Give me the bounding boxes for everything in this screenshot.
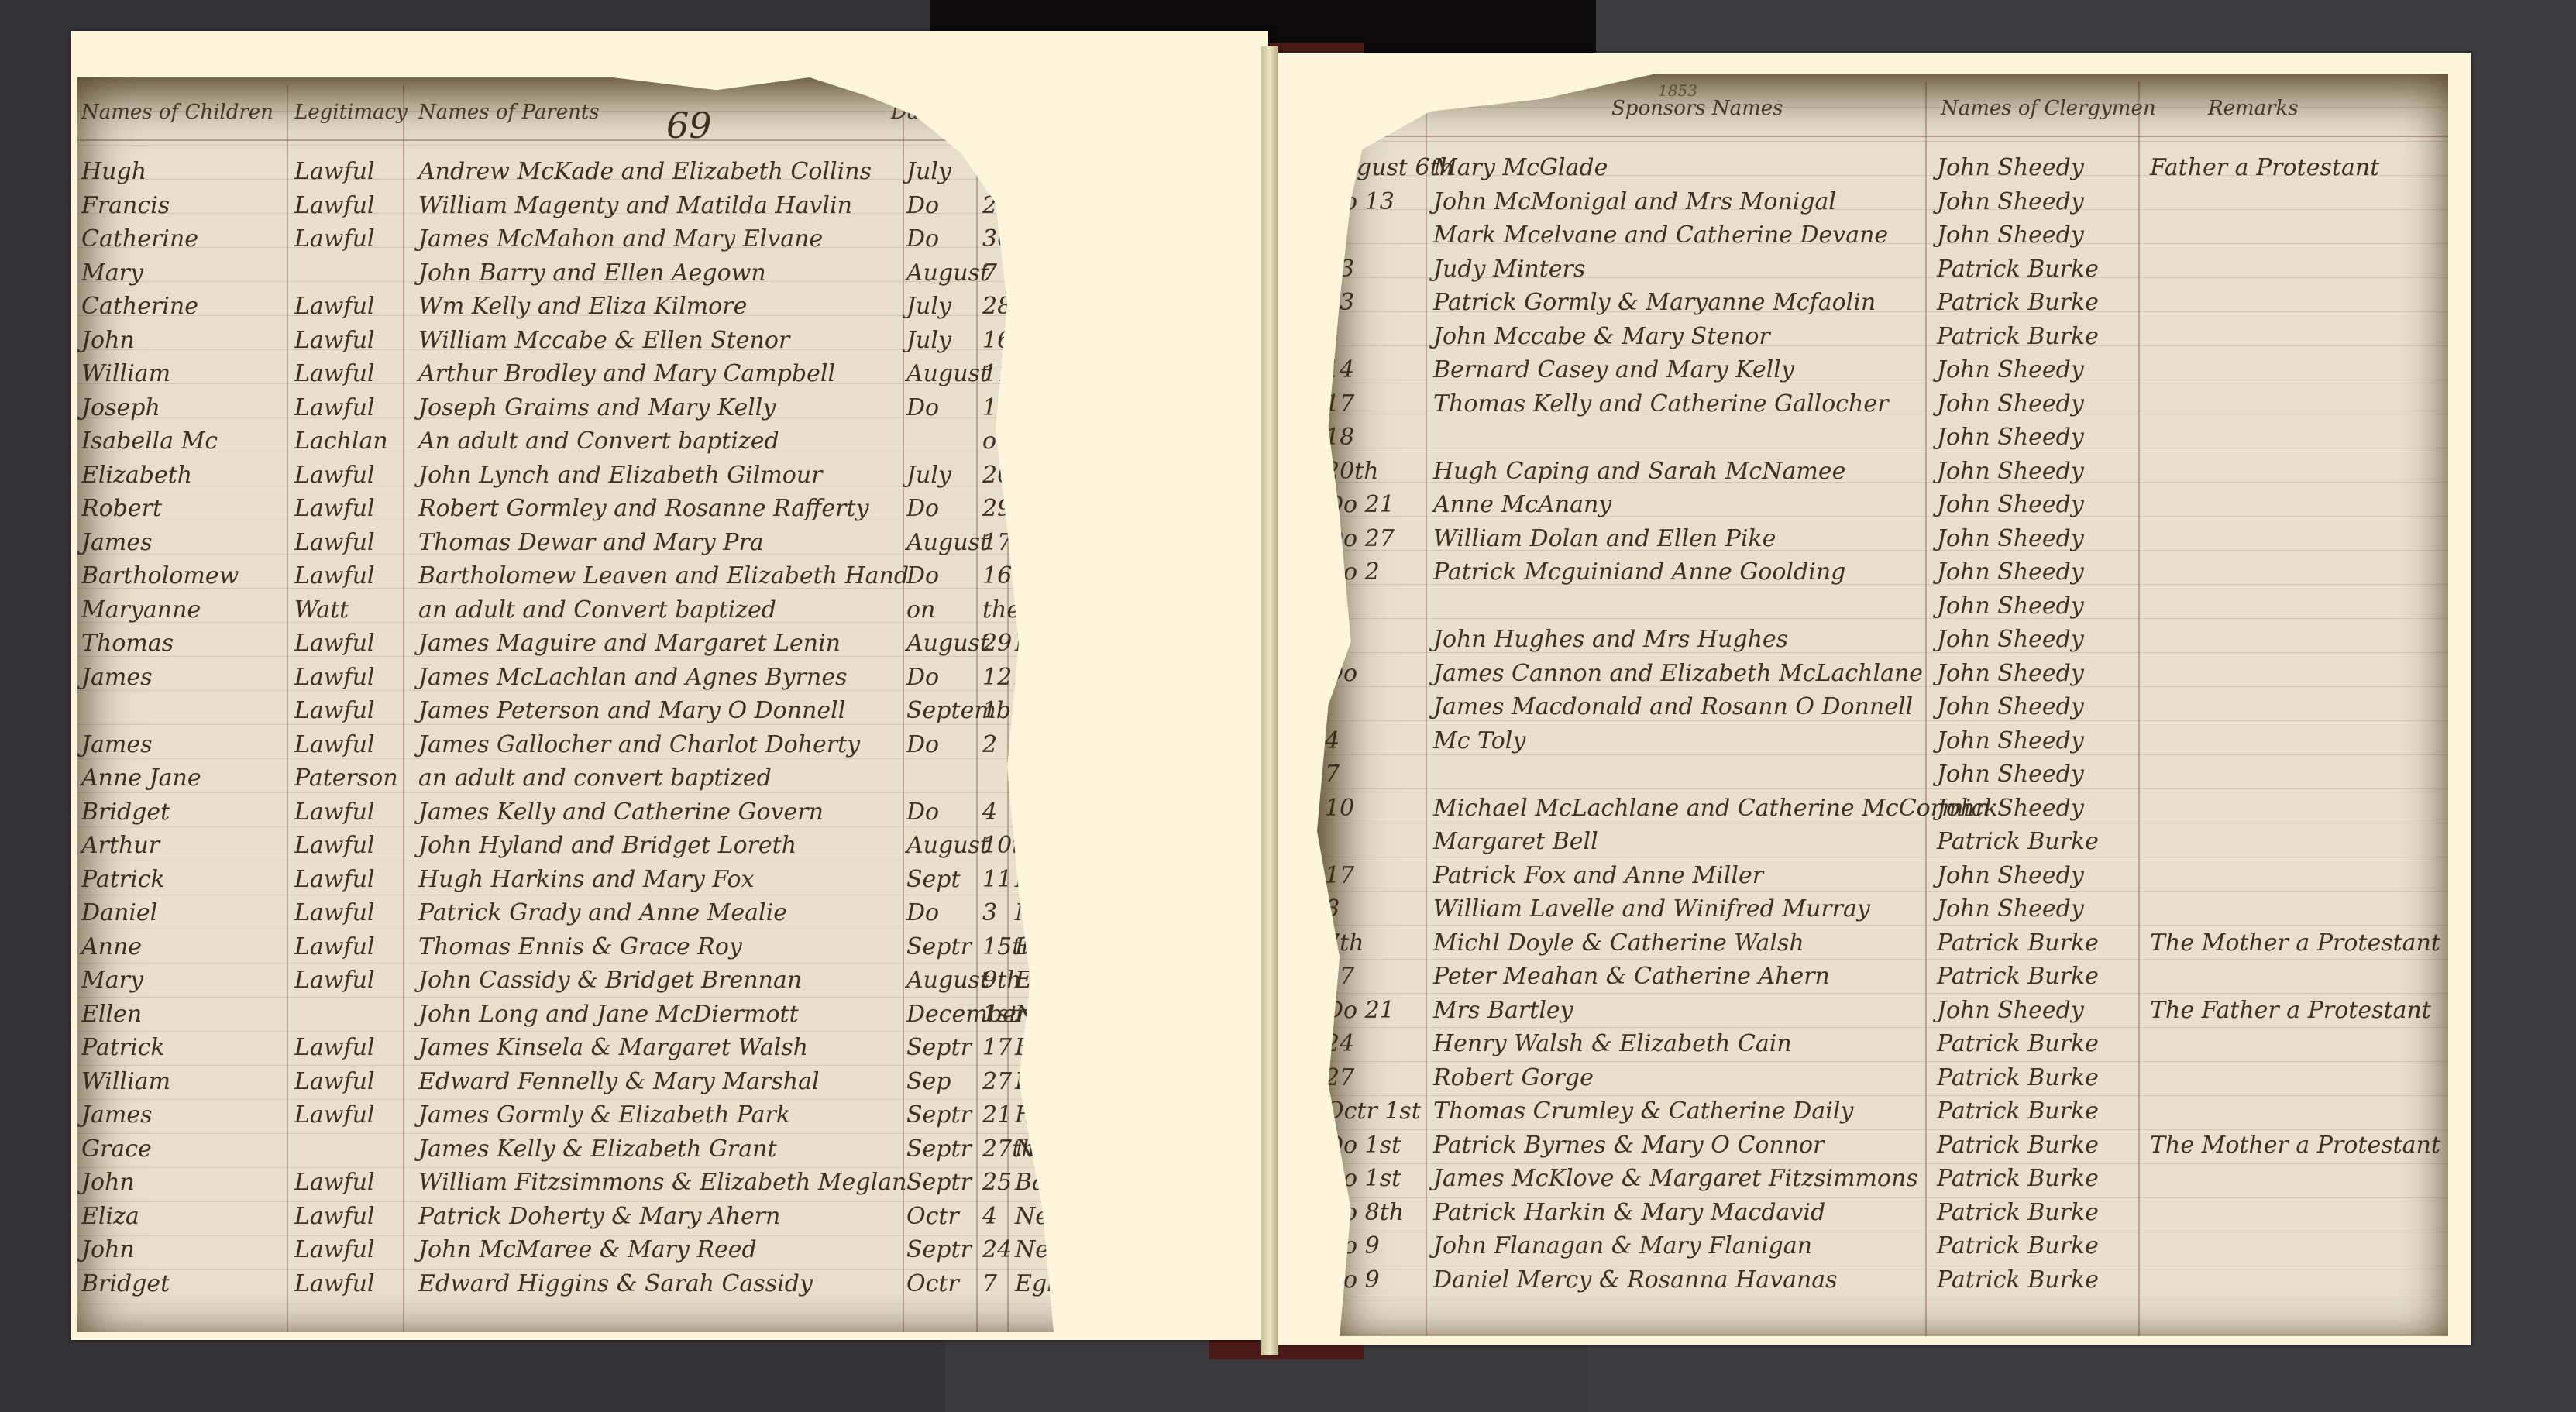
birth-month: August	[906, 832, 989, 859]
parents-names: James Peterson and Mary O Donnell	[418, 697, 845, 724]
clergyman-name: Patrick Burke	[1937, 256, 2099, 283]
child-name: Bridget	[81, 799, 170, 826]
birth-month: Do	[906, 899, 939, 926]
right-register-rows: August 6thMary McGladeJohn SheedyFather …	[1317, 151, 2448, 1297]
header-sponsors: Sponsors Names	[1611, 97, 1783, 120]
sponsors-names: Anne McAnany	[1433, 491, 1611, 518]
birth-month: July	[906, 158, 951, 185]
sponsors-names: John Flanagan & Mary Flanigan	[1433, 1232, 1812, 1259]
child-name: Bartholomew	[81, 562, 239, 589]
child-name: John	[81, 1236, 135, 1263]
legitimacy: Lawful	[294, 967, 375, 994]
legitimacy: Lawful	[294, 899, 375, 926]
birth-day: 1	[982, 697, 997, 724]
birth-day: 2	[982, 731, 997, 758]
register-row: 18John Sheedy	[1317, 421, 2448, 455]
clergyman-name: John Sheedy	[1937, 222, 2084, 249]
clergyman-name: John Sheedy	[1937, 558, 2084, 586]
child-name: Catherine	[81, 225, 198, 253]
parents-names: John Hyland and Bridget Loreth	[418, 832, 796, 859]
baptism-date: 7	[1325, 761, 1340, 788]
legitimacy: Lawful	[294, 462, 375, 489]
clergyman-name: John Sheedy	[1937, 660, 2084, 687]
clergyman-name: Patrick Burke	[1937, 828, 2099, 855]
child-name: Hugh	[81, 158, 146, 185]
birth-month: Septr	[906, 1034, 972, 1061]
register-row: 17Thomas Kelly and Catherine GallocherJo…	[1317, 387, 2448, 421]
birth-day: 27	[982, 1068, 1012, 1095]
register-row: Do 21Anne McAnanyJohn Sheedy	[1317, 488, 2448, 522]
parents-names: John Cassidy & Bridget Brennan	[418, 967, 802, 994]
birth-day: 4	[982, 1203, 997, 1230]
sponsors-names: James McKlove & Margaret Fitzsimmons	[1433, 1165, 1918, 1192]
register-row: Octr 1stThomas Crumley & Catherine Daily…	[1317, 1094, 2448, 1129]
legitimacy: Lawful	[294, 529, 375, 556]
register-row: DoJames Cannon and Elizabeth McLachlaneJ…	[1317, 657, 2448, 691]
sponsors-names: Michl Doyle & Catherine Walsh	[1433, 929, 1804, 957]
parents-names: An adult and Convert baptized	[418, 428, 779, 455]
sponsors-names: John Hughes and Mrs Hughes	[1433, 626, 1788, 653]
register-row: Do 1stJames McKlove & Margaret Fitzsimmo…	[1317, 1162, 2448, 1196]
birth-month: August	[906, 360, 989, 387]
sponsors-names: Mc Toly	[1433, 727, 1525, 754]
birth-month: August	[906, 967, 989, 994]
register-row: August 6thMary McGladeJohn SheedyFather …	[1317, 151, 2448, 185]
parents-names: an adult and convert baptized	[418, 764, 772, 792]
register-row: 17Peter Meahan & Catherine AhernPatrick …	[1317, 960, 2448, 994]
legitimacy: Paterson	[294, 764, 398, 792]
register-row: Do 8thPatrick Harkin & Mary MacdavidPatr…	[1317, 1196, 2448, 1230]
register-row: 27Robert GorgePatrick Burke	[1317, 1061, 2448, 1095]
legitimacy: Lawful	[294, 866, 375, 893]
parents-names: Andrew McKade and Elizabeth Collins	[418, 158, 872, 185]
child-name: Anne	[81, 933, 142, 960]
parents-names: Patrick Doherty & Mary Ahern	[418, 1203, 780, 1230]
sponsors-names: Hugh Caping and Sarah McNamee	[1433, 458, 1845, 485]
legitimacy: Lawful	[294, 562, 375, 589]
child-name: Daniel	[81, 899, 157, 926]
baptism-date: 10	[1325, 795, 1354, 822]
right-page: 1853 Baptism Sponsors Names Names of Cle…	[1317, 74, 2448, 1336]
parents-names: Hugh Harkins and Mary Fox	[418, 866, 755, 893]
clergyman-name: Patrick Burke	[1937, 1064, 2099, 1091]
child-name: Thomas	[81, 630, 174, 657]
legitimacy: Lawful	[294, 1101, 375, 1129]
clergyman-name: John Sheedy	[1937, 424, 2084, 451]
register-row: John Mccabe & Mary StenorPatrick Burke	[1317, 320, 2448, 354]
birth-month: on	[906, 596, 935, 624]
child-name: James	[81, 1101, 153, 1129]
baptism-date: 4	[1325, 727, 1340, 754]
child-name: Patrick	[81, 866, 165, 893]
birth-month: Do	[906, 192, 939, 219]
clergyman-name: Patrick Burke	[1937, 323, 2099, 350]
clergyman-name: John Sheedy	[1937, 458, 2084, 485]
birth-day: 24	[982, 1236, 1012, 1263]
book-gutter	[1261, 46, 1278, 1355]
clergyman-name: Patrick Burke	[1937, 1232, 2099, 1259]
birth-month: Septr	[906, 1135, 972, 1163]
birth-month: Do	[906, 495, 939, 522]
parents-names: Wm Kelly and Eliza Kilmore	[418, 293, 747, 320]
child-name: Maryanne	[81, 596, 201, 624]
child-name: John	[81, 1169, 135, 1196]
child-name: Catherine	[81, 293, 198, 320]
register-row: Do 21Mrs BartleyJohn SheedyThe Father a …	[1317, 994, 2448, 1028]
legitimacy: Watt	[294, 596, 349, 624]
birth-month: Do	[906, 394, 939, 421]
sponsors-names: Patrick Byrnes & Mary O Connor	[1433, 1132, 1824, 1159]
clergyman-name: John Sheedy	[1937, 593, 2084, 620]
legitimacy: Lawful	[294, 1068, 375, 1095]
legitimacy: Lawful	[294, 158, 375, 185]
sponsors-names: Patrick Gormly & Maryanne Mcfaolin	[1433, 289, 1876, 316]
birth-month: Do	[906, 664, 939, 691]
birth-month: Do	[906, 731, 939, 758]
legitimacy: Lawful	[294, 697, 375, 724]
birth-day: 4	[982, 799, 997, 826]
legitimacy: Lawful	[294, 1169, 375, 1196]
clergyman-name: Patrick Burke	[1937, 289, 2099, 316]
register-row: Do 9John Flanagan & Mary FlaniganPatrick…	[1317, 1229, 2448, 1263]
clergyman-name: John Sheedy	[1937, 795, 2084, 822]
birth-month: August	[906, 259, 989, 287]
clergyman-name: John Sheedy	[1937, 626, 2084, 653]
parents-names: James Kelly and Catherine Govern	[418, 799, 824, 826]
clergyman-name: John Sheedy	[1937, 356, 2084, 383]
sponsors-names: Bernard Casey and Mary Kelly	[1433, 356, 1794, 383]
child-name: William	[81, 360, 170, 387]
clergyman-name: John Sheedy	[1937, 862, 2084, 889]
register-row: Do 9Daniel Mercy & Rosanna HavanasPatric…	[1317, 1263, 2448, 1297]
sponsors-names: James Cannon and Elizabeth McLachlane	[1433, 660, 1923, 687]
birth-day: 25	[982, 1169, 1012, 1196]
parents-names: John Barry and Ellen Aegown	[418, 259, 766, 287]
sponsors-names: Mrs Bartley	[1433, 997, 1573, 1024]
parents-names: Thomas Ennis & Grace Roy	[418, 933, 742, 960]
child-name: Arthur	[81, 832, 160, 859]
remarks: Father a Protestant	[2150, 154, 2379, 181]
clergyman-name: Patrick Burke	[1937, 1030, 2099, 1057]
parents-names: Robert Gormley and Rosanne Rafferty	[418, 495, 869, 522]
baptism-date: 17	[1325, 862, 1354, 889]
child-name: Patrick	[81, 1034, 165, 1061]
legitimacy: Lawful	[294, 630, 375, 657]
sponsors-names: Patrick Mcguiniand Anne Goolding	[1433, 558, 1845, 586]
child-name: Mary	[81, 967, 143, 994]
legitimacy: Lawful	[294, 1270, 375, 1297]
legitimacy: Lachlan	[294, 428, 388, 455]
sponsors-names: Michael McLachlane and Catherine McCormi…	[1433, 795, 1998, 822]
birth-month: Septr	[906, 933, 972, 960]
register-row: 20thHugh Caping and Sarah McNameeJohn Sh…	[1317, 455, 2448, 489]
register-row: 14Bernard Casey and Mary KellyJohn Sheed…	[1317, 353, 2448, 387]
child-name: Ellen	[81, 1001, 142, 1028]
birth-day: 16	[982, 562, 1012, 589]
register-row: 10Michael McLachlane and Catherine McCor…	[1317, 792, 2448, 826]
register-row: 17Patrick Fox and Anne MillerJohn Sheedy	[1317, 859, 2448, 893]
birth-day: 29	[982, 630, 1012, 657]
child-name: Francis	[81, 192, 170, 219]
parents-names: William Mccabe & Ellen Stenor	[418, 327, 789, 354]
clergyman-name: John Sheedy	[1937, 491, 2084, 518]
birth-month: Do	[906, 799, 939, 826]
register-row: 7John Sheedy	[1317, 758, 2448, 792]
page-number: 69	[666, 105, 712, 146]
register-row: Do 27William Dolan and Ellen PikeJohn Sh…	[1317, 522, 2448, 556]
parents-names: John Long and Jane McDiermott	[418, 1001, 799, 1028]
legitimacy: Lawful	[294, 832, 375, 859]
remarks: The Mother a Protestant	[2150, 1132, 2440, 1159]
child-name: James	[81, 731, 153, 758]
clergyman-name: Patrick Burke	[1937, 1132, 2099, 1159]
birth-month: July	[906, 293, 951, 320]
parents-names: an adult and Convert baptized	[418, 596, 776, 624]
clergyman-name: John Sheedy	[1937, 693, 2084, 720]
parents-names: Edward Higgins & Sarah Cassidy	[418, 1270, 813, 1297]
birth-month: Sept	[906, 866, 961, 893]
birth-month: August	[906, 529, 989, 556]
sponsors-names: William Lavelle and Winifred Murray	[1433, 895, 1870, 922]
birth-month: August	[906, 630, 989, 657]
birth-day: 11	[982, 866, 1012, 893]
child-name: Bridget	[81, 1270, 170, 1297]
parents-names: James McLachlan and Agnes Byrnes	[418, 664, 847, 691]
sponsors-names: Margaret Bell	[1433, 828, 1598, 855]
child-name: James	[81, 529, 153, 556]
header-clergymen: Names of Clergymen	[1941, 97, 2156, 120]
child-name: Mary	[81, 259, 143, 287]
register-row: 4Mc TolyJohn Sheedy	[1317, 724, 2448, 758]
register-row: Do 2Patrick Mcguiniand Anne GooldingJohn…	[1317, 555, 2448, 589]
sponsors-names: Henry Walsh & Elizabeth Cain	[1433, 1030, 1792, 1057]
register-row: 13Judy MintersPatrick Burke	[1317, 253, 2448, 287]
parents-names: James Gallocher and Charlot Doherty	[418, 731, 860, 758]
birth-day: 17	[982, 529, 1012, 556]
parents-names: William Magenty and Matilda Havlin	[418, 192, 852, 219]
child-name: Elizabeth	[81, 462, 192, 489]
parents-names: James Maguire and Margaret Lenin	[418, 630, 841, 657]
legitimacy: Lawful	[294, 225, 375, 253]
child-name: Anne Jane	[81, 764, 201, 792]
birth-day: 7	[982, 1270, 997, 1297]
parents-names: James Kinsela & Margaret Walsh	[418, 1034, 808, 1061]
birth-day: 7	[982, 259, 997, 287]
sponsors-names: Robert Gorge	[1433, 1064, 1594, 1091]
child-name: Grace	[81, 1135, 152, 1163]
child-name: John	[81, 327, 135, 354]
legitimacy: Lawful	[294, 293, 375, 320]
legitimacy: Lawful	[294, 1034, 375, 1061]
register-row: Do 13John McMonigal and Mrs MonigalJohn …	[1317, 185, 2448, 219]
birth-month: Do	[906, 225, 939, 253]
parents-names: John Lynch and Elizabeth Gilmour	[418, 462, 823, 489]
register-row: 3John Hughes and Mrs HughesJohn Sheedy	[1317, 623, 2448, 657]
register-row: 8William Lavelle and Winifred MurrayJohn…	[1317, 892, 2448, 926]
clergyman-name: John Sheedy	[1937, 188, 2084, 215]
register-row: James Macdonald and Rosann O DonnellJohn…	[1317, 690, 2448, 724]
parents-names: Bartholomew Leaven and Elizabeth Hand	[418, 562, 909, 589]
legitimacy: Lawful	[294, 1236, 375, 1263]
clergyman-name: John Sheedy	[1937, 525, 2084, 552]
parents-names: James McMahon and Mary Elvane	[418, 225, 823, 253]
parents-names: Joseph Graims and Mary Kelly	[418, 394, 776, 421]
birth-month: July	[906, 462, 951, 489]
remarks: The Mother a Protestant	[2150, 929, 2440, 957]
parents-names: Edward Fennelly & Mary Marshal	[418, 1068, 820, 1095]
child-name: James	[81, 664, 153, 691]
register-row: John Sheedy	[1317, 589, 2448, 624]
sponsors-names: Patrick Fox and Anne Miller	[1433, 862, 1763, 889]
header-legitimacy: Legitimacy	[294, 101, 408, 124]
child-name: Robert	[81, 495, 162, 522]
parents-names: James Kelly & Elizabeth Grant	[418, 1135, 777, 1163]
birth-day: 12	[982, 664, 1012, 691]
sponsors-names: Judy Minters	[1433, 256, 1585, 283]
parents-names: John McMaree & Mary Reed	[418, 1236, 757, 1263]
clergyman-name: Patrick Burke	[1937, 1165, 2099, 1192]
clergyman-name: Patrick Burke	[1937, 1266, 2099, 1293]
sponsors-names: Mark Mcelvane and Catherine Devane	[1433, 222, 1888, 249]
clergyman-name: John Sheedy	[1937, 390, 2084, 417]
clergyman-name: John Sheedy	[1937, 154, 2084, 181]
clergyman-name: John Sheedy	[1937, 895, 2084, 922]
parents-names: James Gormly & Elizabeth Park	[418, 1101, 790, 1129]
register-row: 24Henry Walsh & Elizabeth CainPatrick Bu…	[1317, 1027, 2448, 1061]
clergyman-name: Patrick Burke	[1937, 1199, 2099, 1226]
baptism-date: Octr 1st	[1325, 1098, 1421, 1125]
birth-month: Septr	[906, 1101, 972, 1129]
sponsors-names: Daniel Mercy & Rosanna Havanas	[1433, 1266, 1838, 1293]
sponsors-names: Thomas Crumley & Catherine Daily	[1433, 1098, 1853, 1125]
legitimacy: Lawful	[294, 495, 375, 522]
birth-month: Septr	[906, 1236, 972, 1263]
legitimacy: Lawful	[294, 360, 375, 387]
child-name: Joseph	[81, 394, 160, 421]
sponsors-names: Peter Meahan & Catherine Ahern	[1433, 963, 1830, 990]
birth-month: July	[906, 327, 951, 354]
clergyman-name: John Sheedy	[1937, 727, 2084, 754]
header-remarks: Remarks	[2208, 97, 2299, 120]
clergyman-name: John Sheedy	[1937, 997, 2084, 1024]
legitimacy: Lawful	[294, 1203, 375, 1230]
remarks: The Father a Protestant	[2150, 997, 2431, 1024]
legitimacy: Lawful	[294, 394, 375, 421]
clergyman-name: Patrick Burke	[1937, 1098, 2099, 1125]
clergyman-name: John Sheedy	[1937, 761, 2084, 788]
header-parents: Names of Parents	[418, 101, 600, 124]
sponsors-names: William Dolan and Ellen Pike	[1433, 525, 1776, 552]
birth-month: Septr	[906, 1169, 972, 1196]
birth-day: 17	[982, 1034, 1012, 1061]
sponsors-names: John Mccabe & Mary Stenor	[1433, 323, 1770, 350]
birth-month: Octr	[906, 1270, 959, 1297]
parents-names: Thomas Dewar and Mary Pra	[418, 529, 764, 556]
legitimacy: Lawful	[294, 933, 375, 960]
birth-month: Do	[906, 562, 939, 589]
register-row: Margaret BellPatrick Burke	[1317, 825, 2448, 859]
sponsors-names: Patrick Harkin & Mary Macdavid	[1433, 1199, 1825, 1226]
register-row: Mark Mcelvane and Catherine DevaneJohn S…	[1317, 218, 2448, 253]
sponsors-names: John McMonigal and Mrs Monigal	[1433, 188, 1836, 215]
legitimacy: Lawful	[294, 731, 375, 758]
child-name: William	[81, 1068, 170, 1095]
register-row: Do 1stPatrick Byrnes & Mary O ConnorPatr…	[1317, 1129, 2448, 1163]
legitimacy: Lawful	[294, 664, 375, 691]
sponsors-names: Mary McGlade	[1433, 154, 1608, 181]
legitimacy: Lawful	[294, 192, 375, 219]
birth-month: Octr	[906, 1203, 959, 1230]
parents-names: Patrick Grady and Anne Mealie	[418, 899, 787, 926]
legitimacy: Lawful	[294, 327, 375, 354]
parents-names: Arthur Brodley and Mary Campbell	[418, 360, 835, 387]
header-rule	[1317, 136, 2448, 137]
sponsors-names: Thomas Kelly and Catherine Gallocher	[1433, 390, 1888, 417]
birth-day: 3	[982, 899, 997, 926]
legitimacy: Lawful	[294, 799, 375, 826]
header-children: Names of Children	[81, 101, 273, 124]
birth-day: 21	[982, 1101, 1012, 1129]
parents-names: William Fitzsimmons & Elizabeth Meglan	[418, 1169, 906, 1196]
child-name: Isabella Mc	[81, 428, 218, 455]
register-row: 13Patrick Gormly & Maryanne McfaolinPatr…	[1317, 286, 2448, 320]
sponsors-names: James Macdonald and Rosann O Donnell	[1433, 693, 1913, 720]
child-name: Eliza	[81, 1203, 139, 1230]
register-row: 7thMichl Doyle & Catherine WalshPatrick …	[1317, 926, 2448, 960]
clergyman-name: Patrick Burke	[1937, 929, 2099, 957]
birth-month: Sep	[906, 1068, 951, 1095]
clergyman-name: Patrick Burke	[1937, 963, 2099, 990]
